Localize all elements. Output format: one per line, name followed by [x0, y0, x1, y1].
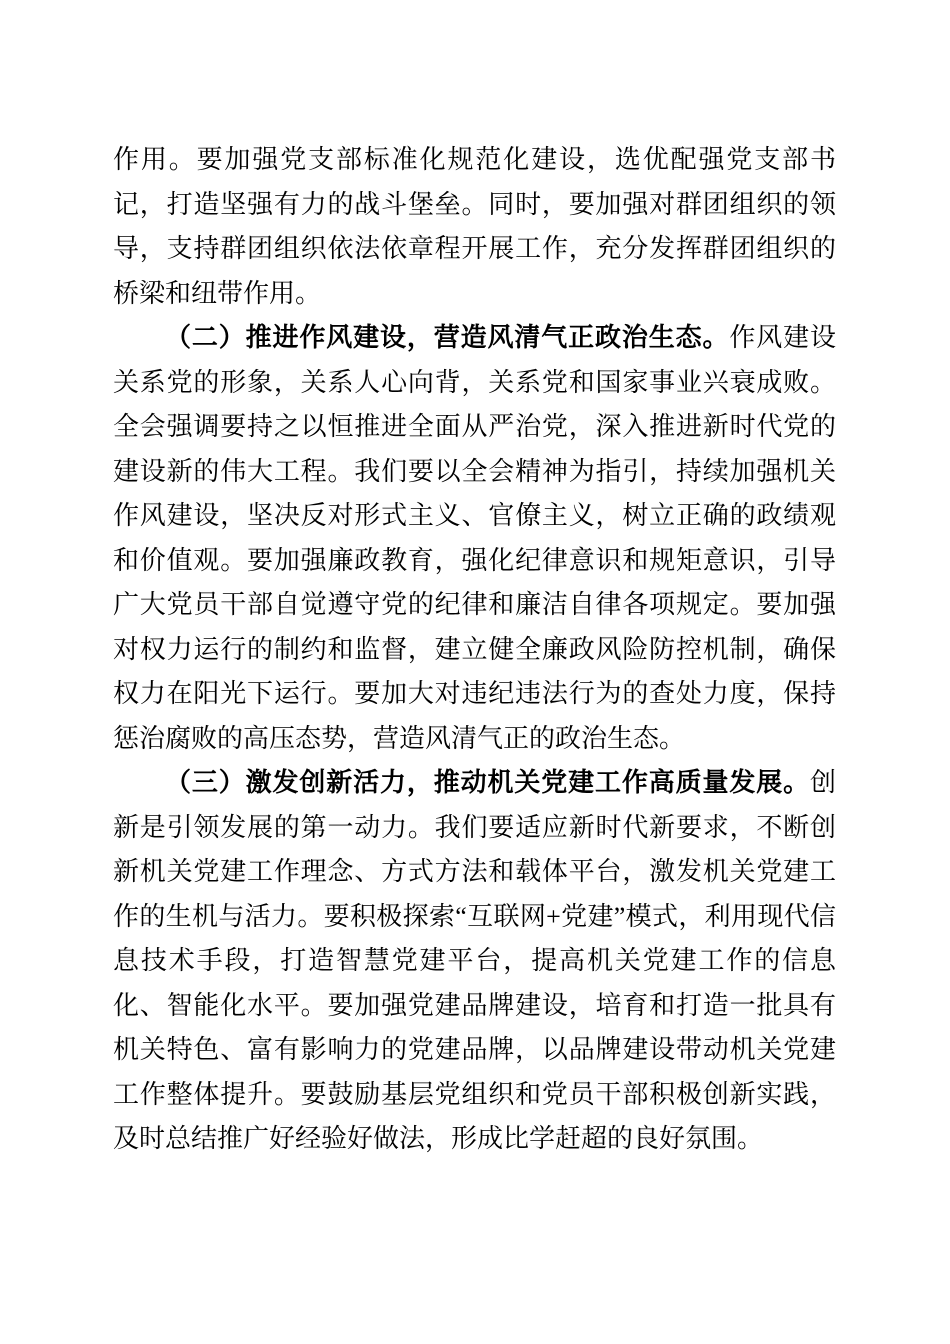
paragraph-text: 作风建设关系党的形象，关系人心向背，关系党和国家事业兴衰成败。全会强调要持之以恒… — [113, 323, 836, 753]
paragraph-section-two: （二）推进作风建设，营造风清气正政治生态。作风建设关系党的形象，关系人心向背，关… — [113, 316, 836, 761]
paragraph-text: 作用。要加强党支部标准化规范化建设，选优配强党支部书记，打造坚强有力的战斗堡垒。… — [113, 145, 836, 308]
paragraph-text: 创新是引领发展的第一动力。我们要适应新时代新要求，不断创新机关党建工作理念、方式… — [113, 768, 836, 1153]
document-page: 作用。要加强党支部标准化规范化建设，选优配强党支部书记，打造坚强有力的战斗堡垒。… — [0, 0, 950, 1344]
paragraph-lead: （三）激发创新活力，推动机关党建工作高质量发展。 — [165, 768, 810, 797]
paragraph-section-three: （三）激发创新活力，推动机关党建工作高质量发展。创新是引领发展的第一动力。我们要… — [113, 761, 836, 1162]
paragraph-lead: （二）推进作风建设，营造风清气正政治生态。 — [165, 323, 729, 352]
document-text-body: 作用。要加强党支部标准化规范化建设，选优配强党支部书记，打造坚强有力的战斗堡垒。… — [0, 0, 950, 1162]
paragraph-continuation: 作用。要加强党支部标准化规范化建设，选优配强党支部书记，打造坚强有力的战斗堡垒。… — [113, 138, 836, 316]
